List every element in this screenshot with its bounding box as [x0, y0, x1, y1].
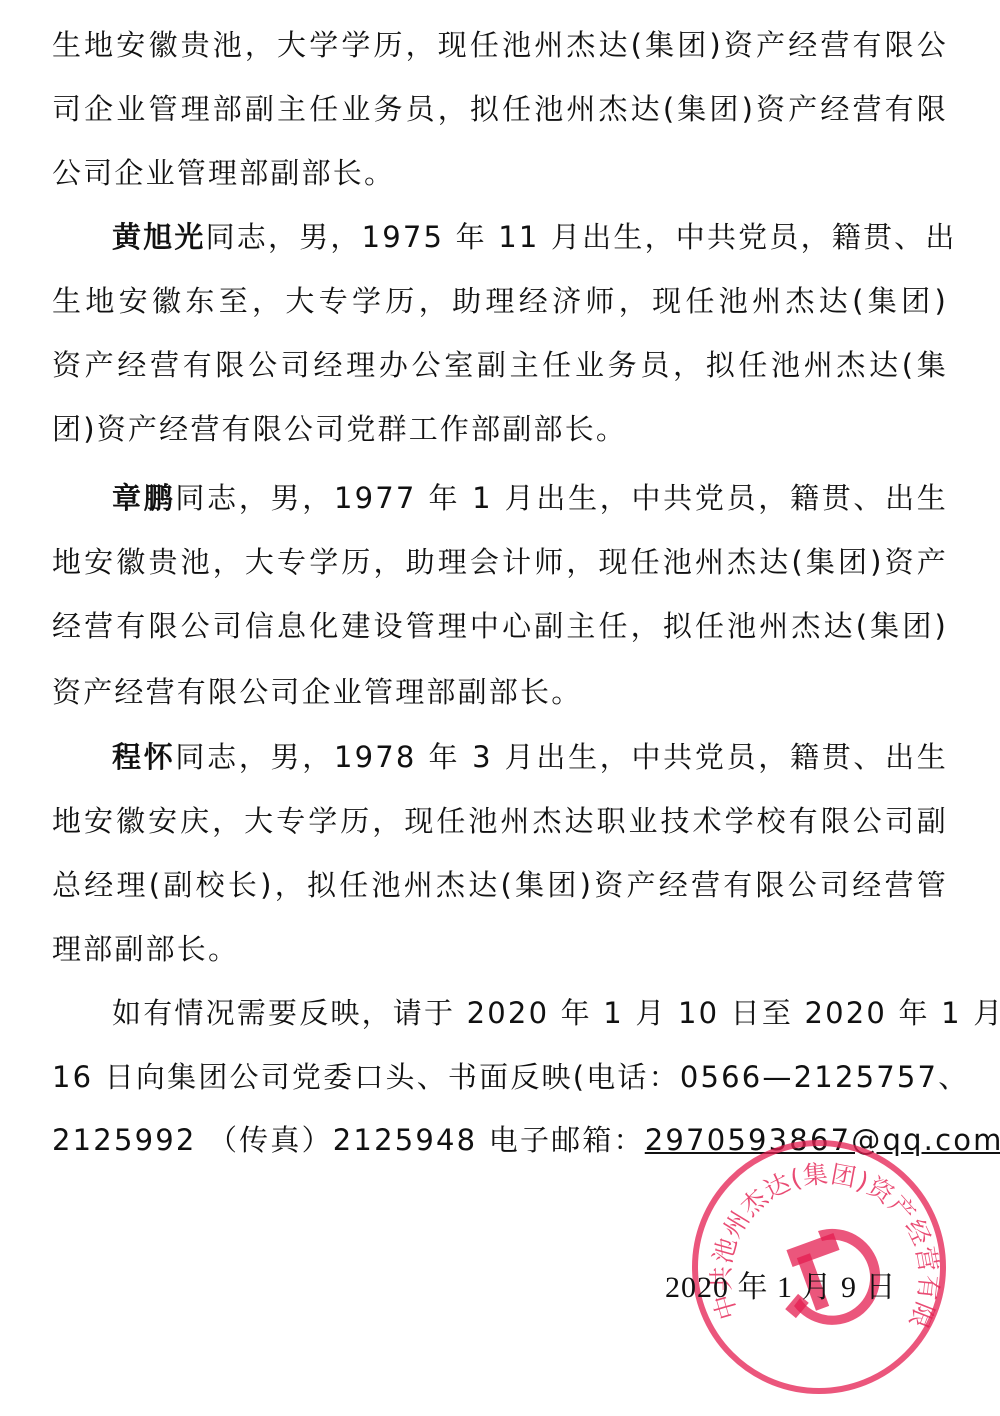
text-span: 同志，男，1977 年 1 月出生，中共党员，籍贯、出生: [175, 481, 948, 515]
text-line: 司企业管理部副主任业务员，拟任池州杰达(集团)资产经营有限: [52, 89, 948, 129]
person-name: 程怀: [112, 740, 175, 774]
text-line: 总经理(副校长)，拟任池州杰达(集团)资产经营有限公司经营管: [52, 865, 948, 905]
person-name: 黄旭光: [112, 220, 206, 254]
text-line: 16 日向集团公司党委口头、书面反映(电话：0566—2125757、: [52, 1057, 948, 1097]
text-line: 公司企业管理部副部长。: [52, 153, 948, 193]
text-line: 资产经营有限公司经理办公室副主任业务员，拟任池州杰达(集: [52, 345, 948, 385]
text-line: 如有情况需要反映，请于 2020 年 1 月 10 日至 2020 年 1 月: [112, 993, 948, 1033]
text-span: 同志，男，1978 年 3 月出生，中共党员，籍贯、出生: [175, 740, 948, 774]
text-line: 资产经营有限公司企业管理部副部长。: [52, 672, 948, 712]
document-page: 生地安徽贵池，大学学历，现任池州杰达(集团)资产经营有限公 司企业管理部副主任业…: [0, 0, 1000, 1416]
text-span: 2125992 （传真）2125948 电子邮箱：: [52, 1123, 645, 1157]
text-line: 程怀同志，男，1978 年 3 月出生，中共党员，籍贯、出生: [112, 737, 948, 777]
document-date: 2020 年 1 月 9 日: [665, 1262, 897, 1306]
text-line: 地安徽贵池，大专学历，助理会计师，现任池州杰达(集团)资产: [52, 542, 948, 582]
text-line: 团)资产经营有限公司党群工作部副部长。: [52, 409, 948, 449]
text-line: 生地安徽贵池，大学学历，现任池州杰达(集团)资产经营有限公: [52, 25, 948, 65]
text-line: 生地安徽东至，大专学历，助理经济师，现任池州杰达(集团): [52, 281, 948, 321]
text-line: 黄旭光同志，男，1975 年 11 月出生，中共党员，籍贯、出: [112, 217, 948, 257]
person-name: 章鹏: [112, 481, 175, 515]
text-span: 同志，男，1975 年 11 月出生，中共党员，籍贯、出: [206, 220, 957, 254]
text-line: 章鹏同志，男，1977 年 1 月出生，中共党员，籍贯、出生: [112, 478, 948, 518]
text-line: 理部副部长。: [52, 929, 948, 969]
text-line: 经营有限公司信息化建设管理中心副主任，拟任池州杰达(集团): [52, 606, 948, 646]
text-line: 地安徽安庆，大专学历，现任池州杰达职业技术学校有限公司副: [52, 801, 948, 841]
